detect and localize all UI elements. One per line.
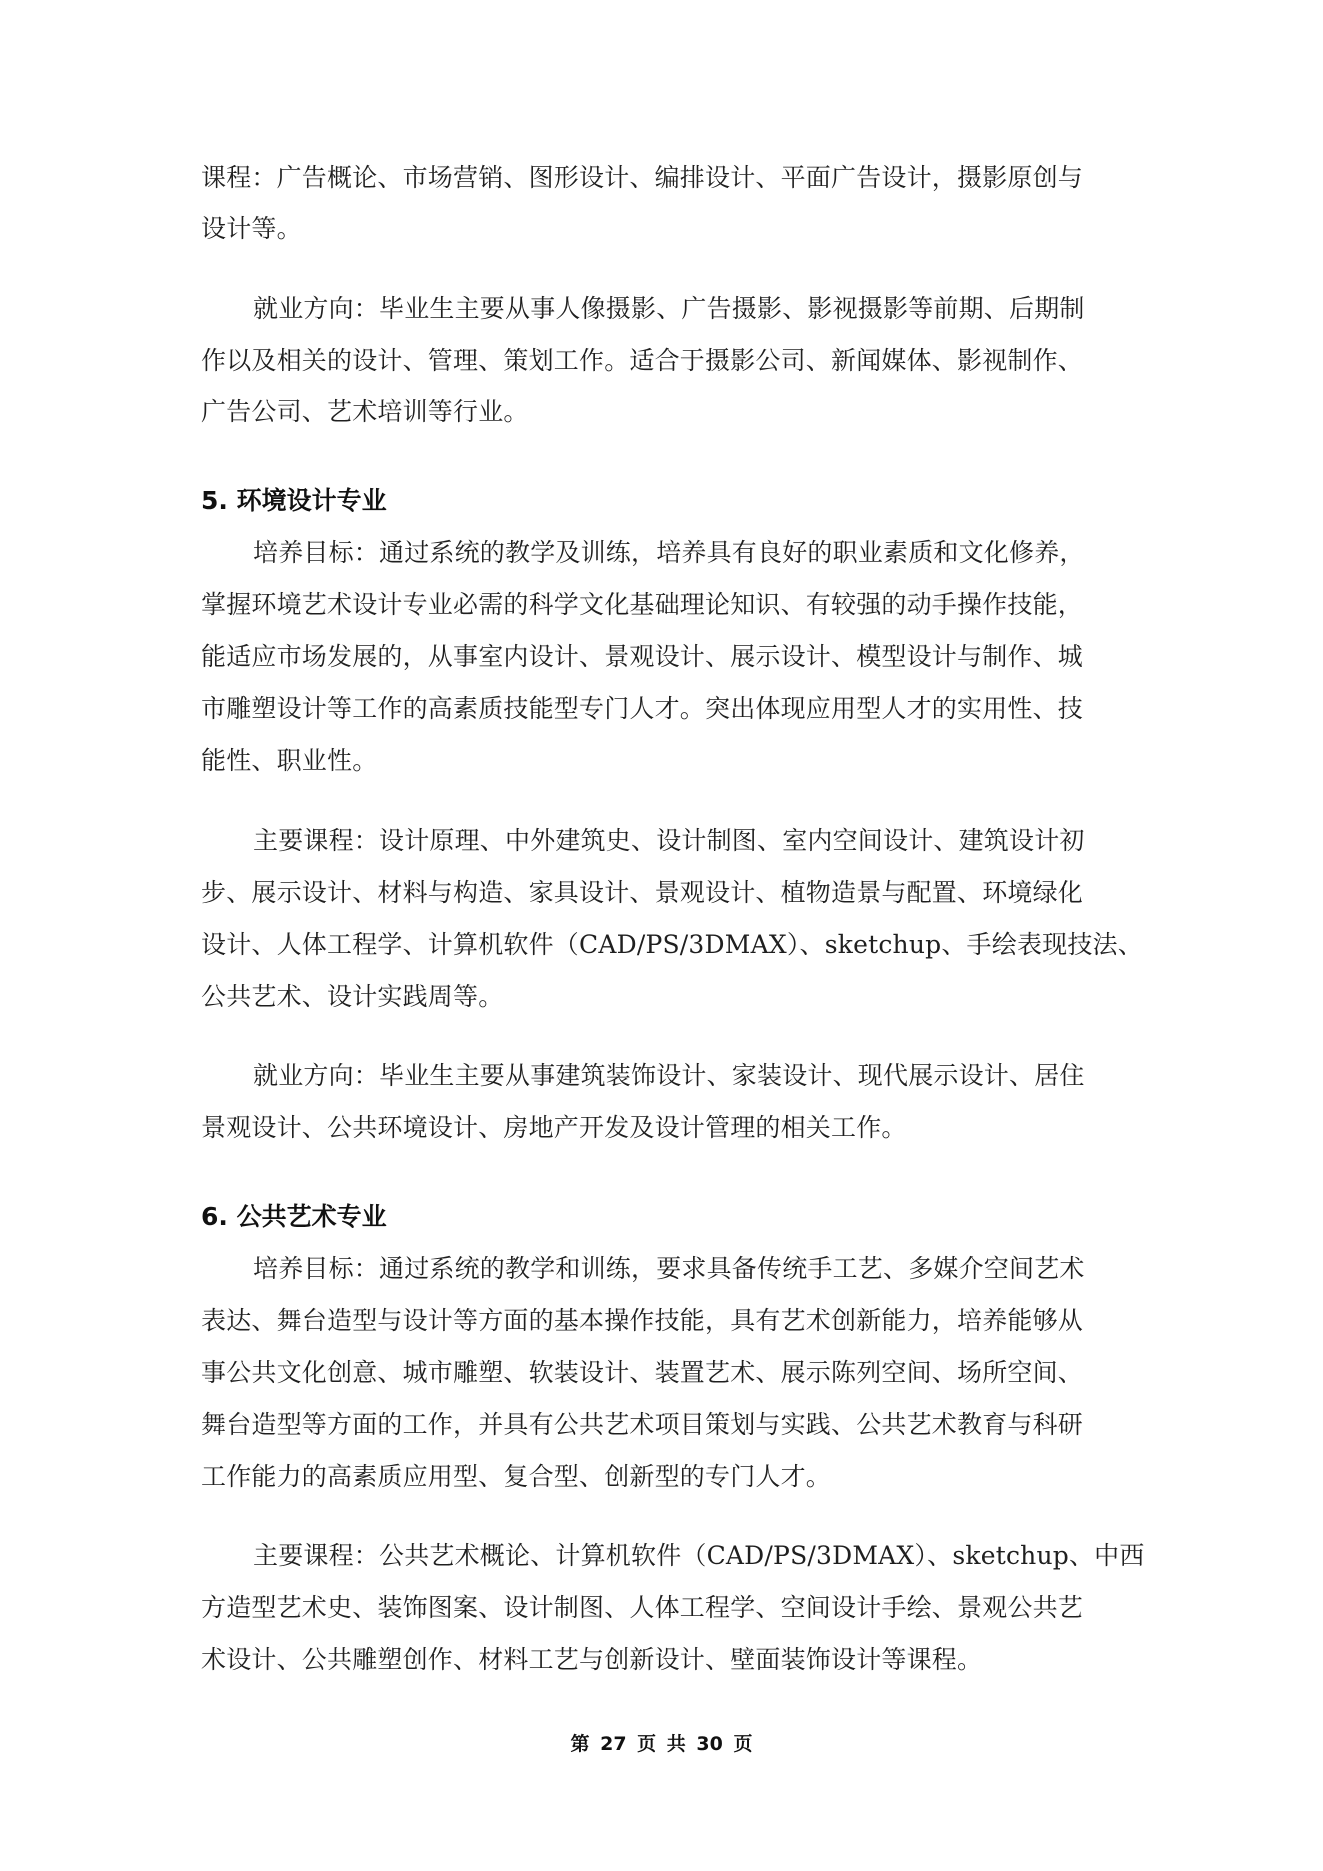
paragraph-line: 景观设计、公共环境设计、房地产开发及设计管理的相关工作。 [201,1113,1131,1143]
paragraph-line: 表达、舞台造型与设计等方面的基本操作技能，具有艺术创新能力，培养能够从 [201,1306,1131,1336]
paragraph-line: 主要课程：设计原理、中外建筑史、设计制图、室内空间设计、建筑设计初 [253,826,1131,856]
paragraph-line: 市雕塑设计等工作的高素质技能型专门人才。突出体现应用型人才的实用性、技 [201,694,1131,724]
section-heading: 5. 环境设计专业 [201,486,387,516]
paragraph-line: 作以及相关的设计、管理、策划工作。适合于摄影公司、新闻媒体、影视制作、 [201,346,1131,376]
paragraph-line: 公共艺术、设计实践周等。 [201,982,1131,1012]
paragraph-line: 工作能力的高素质应用型、复合型、创新型的专门人才。 [201,1462,1131,1492]
paragraph-line: 掌握环境艺术设计专业必需的科学文化基础理论知识、有较强的动手操作技能， [201,590,1131,620]
paragraph-line: 能性、职业性。 [201,746,1131,776]
paragraph-line: 术设计、公共雕塑创作、材料工艺与创新设计、壁面装饰设计等课程。 [201,1645,1131,1675]
page-number-footer: 第 27 页 共 30 页 [0,1732,1323,1756]
paragraph-line: 方造型艺术史、装饰图案、设计制图、人体工程学、空间设计手绘、景观公共艺 [201,1593,1131,1623]
paragraph-line: 步、展示设计、材料与构造、家具设计、景观设计、植物造景与配置、环境绿化 [201,878,1131,908]
paragraph-line: 培养目标：通过系统的教学和训练，要求具备传统手工艺、多媒介空间艺术 [253,1254,1131,1284]
paragraph-line: 能适应市场发展的，从事室内设计、景观设计、展示设计、模型设计与制作、城 [201,642,1131,672]
paragraph-line: 就业方向：毕业生主要从事建筑装饰设计、家装设计、现代展示设计、居住 [253,1061,1131,1091]
paragraph-line: 培养目标：通过系统的教学及训练，培养具有良好的职业素质和文化修养， [253,538,1131,568]
document-page: 课程：广告概论、市场营销、图形设计、编排设计、平面广告设计，摄影原创与 设计等。… [0,0,1323,1871]
paragraph-line: 舞台造型等方面的工作，并具有公共艺术项目策划与实践、公共艺术教育与科研 [201,1410,1131,1440]
paragraph-line: 就业方向：毕业生主要从事人像摄影、广告摄影、影视摄影等前期、后期制 [253,294,1131,324]
paragraph-line: 主要课程：公共艺术概论、计算机软件（CAD/PS/3DMAX）、sketchup… [253,1541,1131,1571]
paragraph-line: 课程：广告概论、市场营销、图形设计、编排设计、平面广告设计，摄影原创与 [201,163,1131,193]
paragraph-line: 事公共文化创意、城市雕塑、软装设计、装置艺术、展示陈列空间、场所空间、 [201,1358,1131,1388]
paragraph-line: 广告公司、艺术培训等行业。 [201,397,1131,427]
paragraph-line: 设计、人体工程学、计算机软件（CAD/PS/3DMAX）、sketchup、手绘… [201,930,1131,960]
section-heading: 6. 公共艺术专业 [201,1202,387,1232]
paragraph-line: 设计等。 [201,214,1131,244]
